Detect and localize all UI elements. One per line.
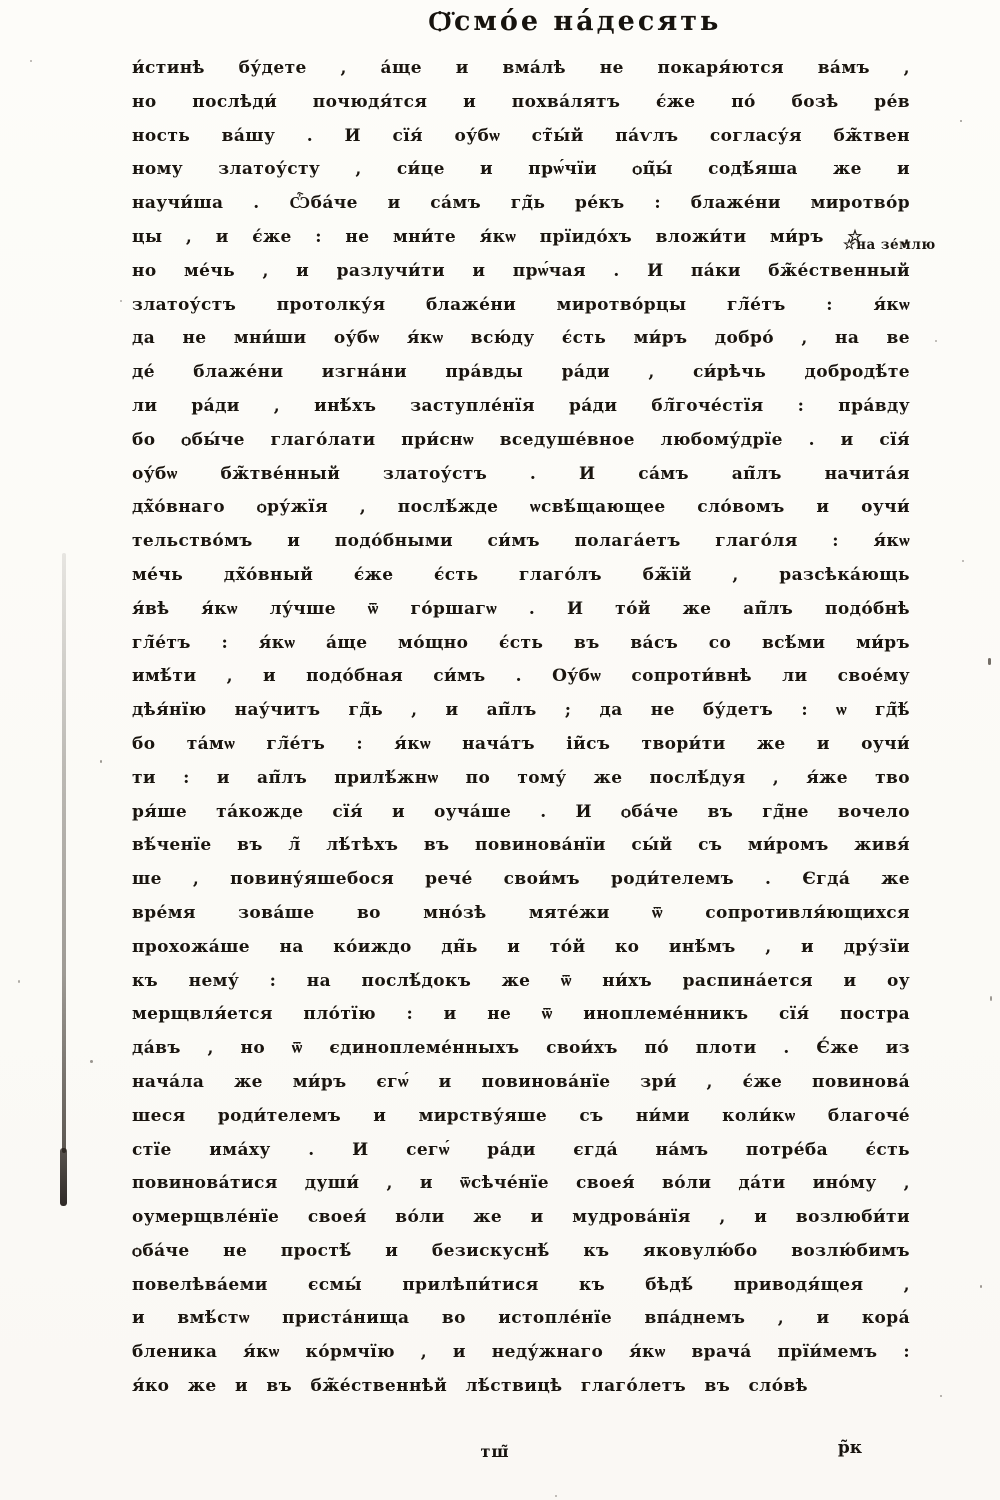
text-line: ше , повину́яшебося рече́ свои́мъ роди́т… xyxy=(132,863,910,897)
text-line: де́ блаже́ни изгна́ни пра́вды ра́ди , си… xyxy=(132,356,910,390)
text-line: но ме́чь , и разлучи́ти и прѡ́чая . И па… xyxy=(132,255,910,289)
footnote-star-icon: ☆ xyxy=(843,237,856,253)
text-line: да не мни́ши оу́бѡ я́кѡ всю́ду є́сть ми́… xyxy=(132,322,910,356)
text-line: вре́мя зова́ше во мно́зѣ мяте́жи ѿ сопро… xyxy=(132,897,910,931)
text-line: ли ра́ди , инѣ́хъ заступле́нїя ра́ди бл̃… xyxy=(132,390,910,424)
text-line: но послѣди́ почюдя́тся и похва́лятъ є́же… xyxy=(132,86,910,120)
text-line: и вмѣ́стѡ приста́нища во истопле́нїе впа… xyxy=(132,1302,910,1336)
text-line: да́въ , но ѿ єдиноплеме́нныхъ свои́хъ по… xyxy=(132,1032,910,1066)
margin-note-text: на зе́млю xyxy=(856,237,936,253)
gutter-shadow-blob xyxy=(60,1148,67,1206)
gutter-shadow-line xyxy=(62,553,66,1153)
text-line: бо ѻбы́че глаго́лати при́снѡ вседуше́вно… xyxy=(132,424,910,458)
text-line: шеся роди́телемъ и мирству́яше съ ни́ми … xyxy=(132,1100,910,1134)
text-line: повинова́тися души́ , и ѿсѣче́нїе своея́… xyxy=(132,1167,910,1201)
text-line: ме́чь дх̃о́вный є́же є́сть глаго́лъ бж̃ї… xyxy=(132,559,910,593)
text-line: оумерщвле́нїе своея́ во́ли же и мудрова́… xyxy=(132,1201,910,1235)
text-line: я́вѣ я́кѡ лу́чше ѿ го́ршагѡ . И то́й же … xyxy=(132,593,910,627)
text-line: ѻба́че не простѣ́ и безискуснѣ́ къ якову… xyxy=(132,1235,910,1269)
text-line: мерщвля́ется пло́тїю : и не ѿ иноплеме́н… xyxy=(132,998,910,1032)
text-line: научи́ша . Ѽба́че и са́мъ гд̃ь ре́къ : б… xyxy=(132,187,910,221)
text-line: повелѣва́еми єсмы́ прилѣпи́тися къ бѣдѣ́… xyxy=(132,1269,910,1303)
text-line: гл̃е́тъ : я́кѡ а́ще мо́щно є́сть въ ва́с… xyxy=(132,627,910,661)
text-block: и́стинѣ бу́дете , а́ще и вма́лѣ не покар… xyxy=(132,52,910,1404)
text-line: къ нему́ : на послѣ́докъ же ѿ ни́хъ расп… xyxy=(132,965,910,999)
text-line: и́стинѣ бу́дете , а́ще и вма́лѣ не покар… xyxy=(132,52,910,86)
margin-note: ☆на зе́млю xyxy=(843,237,936,253)
quire-mark: тш̃ xyxy=(455,1442,535,1461)
text-line: дѣя́нїю нау́читъ гд̃ь , и ап̃лъ ; да не … xyxy=(132,694,910,728)
scanned-book-page: Ѻ̈смо́е на́десять и́стинѣ бу́дете , а́ще… xyxy=(0,0,1000,1500)
text-line: ти : и ап̃лъ прилѣ́жнѡ по тому́ же послѣ… xyxy=(132,762,910,796)
page-title: Ѻ̈смо́е на́десять xyxy=(130,6,910,37)
text-line: дх̃о́внаго ѻру́жїя , послѣ́жде ѡсвѣ́щающ… xyxy=(132,491,910,525)
text-line: тельство́мъ и подо́бными си́мъ полага́ет… xyxy=(132,525,910,559)
page-number: р̃к xyxy=(830,1438,870,1458)
text-line: ря́ше та́кожде сїя́ и оуча́ше . И ѻба́че… xyxy=(132,796,910,830)
text-line: ному златоу́сту , си́це и прѡ́чїи ѻц̃ы́ … xyxy=(132,153,910,187)
text-line: вѣ́ченїе въ л̃ лѣ́тѣхъ въ повинова́нїи с… xyxy=(132,829,910,863)
text-line: златоу́стъ протолку́я блаже́ни миротво́р… xyxy=(132,289,910,323)
text-line: стїе има́ху . И сегѡ́ ра́ди єгда́ на́мъ … xyxy=(132,1134,910,1168)
text-line: ность ва́шу . И сїя́ оу́бѡ ст̃ы́й па́ѵлъ… xyxy=(132,120,910,154)
text-line: нача́ла же ми́ръ єгѡ́ и повинова́нїе зри… xyxy=(132,1066,910,1100)
text-line: оу́бѡ бж̃тве́нный златоу́стъ . И са́мъ а… xyxy=(132,458,910,492)
text-line: бленика я́кѡ ко́рмчїю , и неду́жнаго я́к… xyxy=(132,1336,910,1370)
text-line: имѣ́ти , и подо́бная си́мъ . Оу́бѡ сопро… xyxy=(132,660,910,694)
text-line: прохожа́ше на ко́иждо дн̃ь и то́й ко инѣ… xyxy=(132,931,910,965)
text-line: цы , и є́же : не мни́те я́кѡ прїидо́хъ в… xyxy=(132,221,910,255)
text-line: бо та́мѡ гл̃е́тъ : я́кѡ нача́тъ іи̃съ тв… xyxy=(132,728,910,762)
text-line: я́ко же и въ бж̃е́ственнѣй лѣ́ствицѣ гла… xyxy=(132,1370,808,1404)
